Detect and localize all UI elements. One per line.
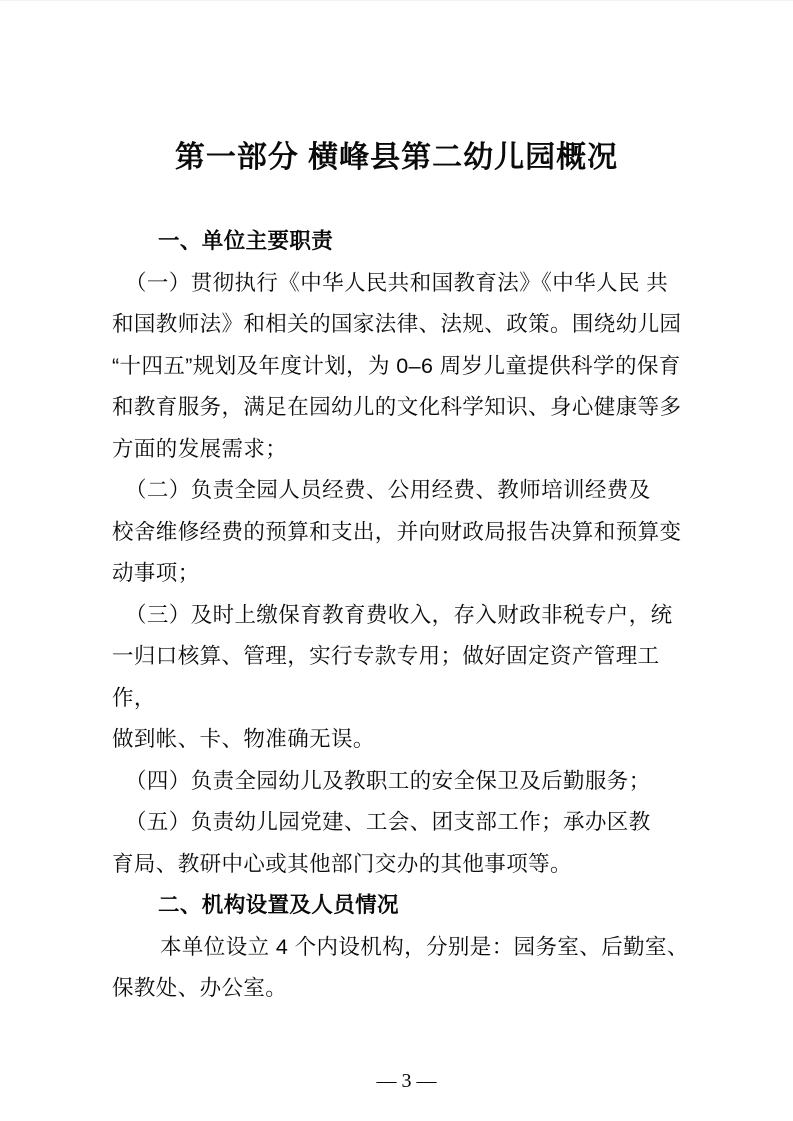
text-line: 校舍维修经费的预算和支出，并向财政局报告决算和预算变	[112, 512, 692, 554]
text-line: （一）贯彻执行《中华人民共和国教育法》《中华人民 共	[112, 263, 692, 305]
text-line: 一、单位主要职责	[112, 221, 692, 263]
text-line: 保教处、办公室。	[112, 968, 692, 1010]
text-line: 做到帐、卡、物准确无误。	[112, 719, 692, 761]
text-line: （五）负责幼儿园党建、工会、团支部工作；承办区教	[112, 802, 692, 844]
text-line: 方面的发展需求；	[112, 429, 692, 471]
text-line: 作，	[112, 678, 692, 720]
document-body: 一、单位主要职责（一）贯彻执行《中华人民共和国教育法》《中华人民 共和国教师法》…	[112, 221, 692, 1010]
page-number: — 3 —	[377, 1070, 437, 1092]
text-line: 动事项；	[112, 553, 692, 595]
text-line: （三）及时上缴保育教育费收入，存入财政非税专户，统	[112, 595, 692, 637]
text-line: 和国教师法》和相关的国家法律、法规、政策。围绕幼儿园	[112, 304, 692, 346]
document-page: 第一部分 横峰县第二幼儿园概况 一、单位主要职责（一）贯彻执行《中华人民共和国教…	[0, 0, 793, 1121]
text-line: 本单位设立 4 个内设机构，分别是：园务室、后勤室、	[112, 927, 692, 969]
text-line: 二、机构设置及人员情况	[112, 885, 692, 927]
text-line: （四）负责全园幼儿及教职工的安全保卫及后勤服务；	[112, 761, 692, 803]
text-line: （二）负责全园人员经费、公用经费、教师培训经费及	[112, 470, 692, 512]
page-title: 第一部分 横峰县第二幼儿园概况	[0, 132, 793, 176]
text-line: 一归口核算、管理，实行专款专用；做好固定资产管理工	[112, 636, 692, 678]
text-line: “十四五”规划及年度计划，为 0–6 周岁儿童提供科学的保育	[112, 346, 692, 388]
text-line: 育局、教研中心或其他部门交办的其他事项等。	[112, 844, 692, 886]
text-line: 和教育服务，满足在园幼儿的文化科学知识、身心健康等多	[112, 387, 692, 429]
page-footer: — 3 —	[0, 1039, 793, 1121]
